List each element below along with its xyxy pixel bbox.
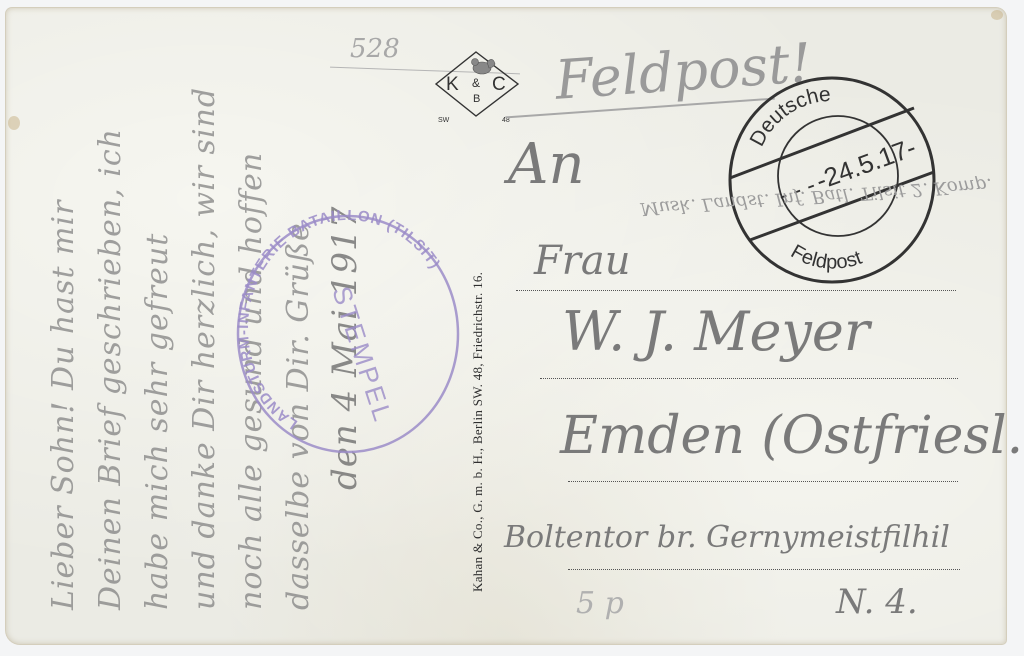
pencil-number: 528 — [350, 34, 400, 64]
address-line-4 — [568, 569, 960, 570]
unit-stamp: LANDSTURM-INFANTERIE BATAILLON (TILSIT) … — [232, 210, 464, 466]
address-line-3 — [568, 481, 958, 482]
message-row: und danke Dir herzlich, wir sind — [181, 10, 228, 610]
pencil-note-bottom: 5 p — [576, 586, 624, 621]
address-city: Emden (Ostfriesl. — [560, 406, 1023, 466]
address-street: Boltentor br. Gernymeistfilhil — [504, 520, 950, 555]
paper-stain — [991, 10, 1003, 20]
address-line-2 — [540, 378, 958, 379]
rooster-icon — [472, 59, 496, 75]
address-title: Frau — [534, 238, 630, 284]
svg-text:Deutsche: Deutsche — [746, 83, 832, 150]
publisher-logo: K & C B SW 48 — [432, 50, 536, 124]
address-salutation: An — [508, 132, 585, 197]
message-row: Deinen Brief geschrieben, ich — [87, 10, 134, 610]
svg-text:SW: SW — [438, 117, 450, 124]
message-row: habe mich sehr gefreut — [134, 10, 181, 610]
address-house-number: N. 4. — [836, 582, 918, 622]
svg-text:C: C — [492, 74, 506, 95]
svg-text:STEMPEL: STEMPEL — [326, 283, 399, 428]
paper-stain — [8, 116, 20, 130]
svg-text:Feldpost: Feldpost — [787, 241, 865, 274]
publisher-imprint: Kahan & Co., G. m. b. H., Berlin SW. 48,… — [470, 272, 486, 592]
address-name: W. J. Meyer — [562, 300, 870, 363]
svg-text:&: & — [472, 76, 480, 90]
svg-text:B: B — [473, 93, 480, 105]
address-line-1 — [516, 290, 956, 291]
svg-text:K: K — [446, 74, 459, 95]
message-row: Lieber Sohn! Du hast mir — [40, 10, 87, 610]
